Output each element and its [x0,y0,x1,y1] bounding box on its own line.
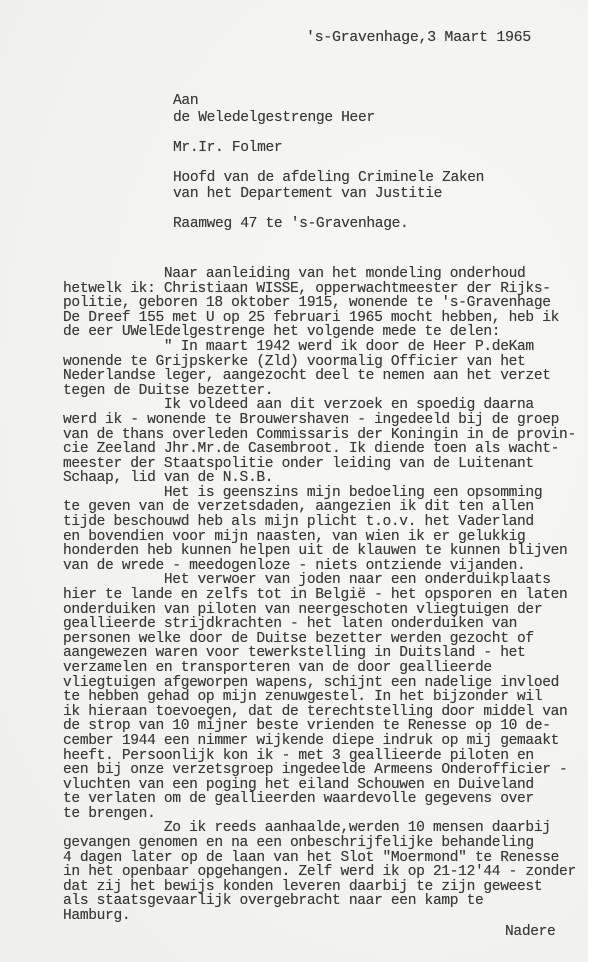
body-line: cember 1944 een nimmer wijkende diepe in… [63,733,559,749]
body-line: te hebben gehad op mijn zenuwgestel. In … [63,689,542,705]
date-line: 's-Gravenhage,3 Maart 1965 [306,30,531,46]
body-line: in het openbaar opgehangen. Zelf werd ik… [63,864,576,880]
recipient-line: Hoofd van de afdeling Criminele Zaken [173,170,484,186]
continuation-word: Nadere [505,924,555,940]
body-line: cie Zeeland Jhr.Mr.de Casembroot. Ik die… [63,441,559,457]
recipient-line: de Weledelgestrenge Heer [173,110,375,126]
recipient-line: van het Departement van Justitie [173,186,442,202]
body-line: tijde beschouwd heb als mijn plicht t.o.… [63,514,534,530]
recipient-address: Raamweg 47 te 's-Gravenhage. [173,216,408,232]
body-line: politie, geboren 18 oktober 1915, wonend… [63,295,551,311]
body-line: een bij onze verzetsgroep ingedeelde Arm… [63,762,567,778]
body-line: Schaap, lid van de N.S.B. [63,470,273,486]
recipient-line: Aan [173,93,198,109]
body-line: Nederlandse leger, aangezocht deel te ne… [63,368,551,384]
body-line: Het verwoer van joden naar een onderduik… [63,572,551,588]
body-line: aangewezen waren voor tewerkstelling in … [63,645,525,661]
body-line: als staatsgevaarlijk overgebracht naar e… [63,893,483,909]
body-line: werd ik - wonende te Brouwershaven - ing… [63,412,559,428]
body-line: Hamburg. [63,908,130,924]
body-line: honderden heb kunnen helpen uit de klauw… [63,543,567,559]
typewritten-letter-page: 's-Gravenhage,3 Maart 1965 Aan de Welede… [0,0,588,962]
body-line: geallieerde strijdkrachten - het laten o… [63,616,517,632]
recipient-name: Mr.Ir. Folmer [173,140,282,156]
body-line: de strop van 10 mijner beste vrienden te… [63,718,551,734]
body-line: te verlaten om de geallieerden waardevol… [63,791,534,807]
body-line: Ik voldeed aan dit verzoek en spoedig da… [63,397,534,413]
body-line: gevangen genomen en na een onbeschrijfel… [63,835,534,851]
body-line: de eer UWelEdelgestrenge het volgende me… [63,324,500,340]
